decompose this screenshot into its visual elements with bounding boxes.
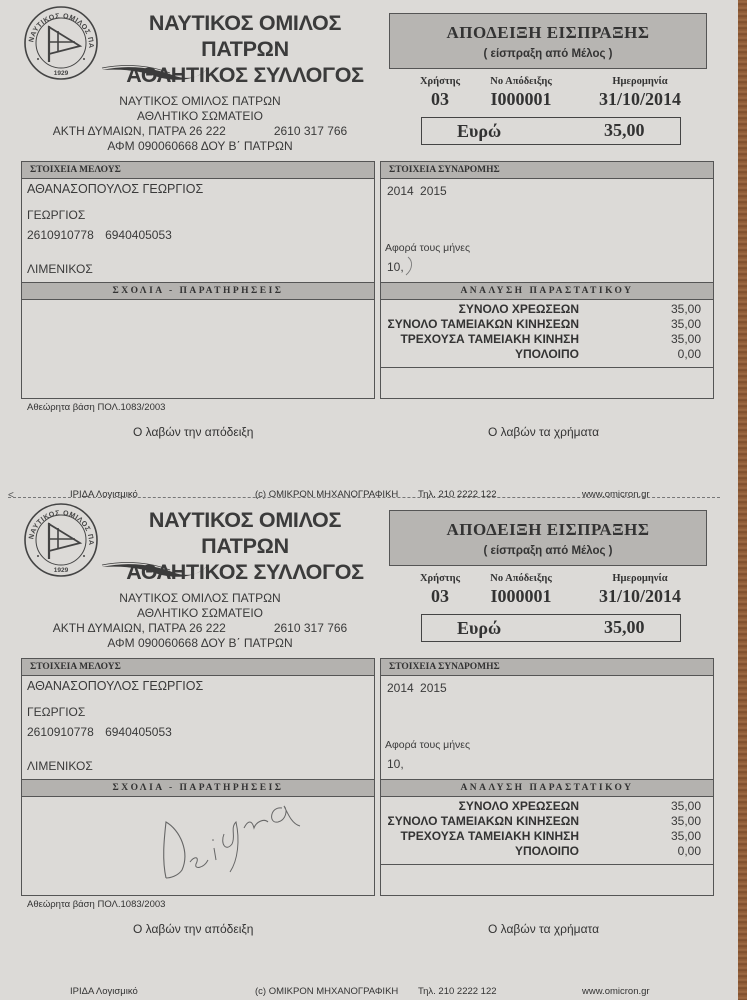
analysis-row-label: ΣΥΝΟΛΟ ΤΑΜΕΙΑΚΩΝ ΚΙΝΗΣΕΩΝ: [388, 814, 579, 828]
analysis-row-value: 0,00: [678, 844, 701, 858]
user-field: Χρήστης 03: [410, 573, 470, 607]
footer-phone: Τηλ. 210 2222 122: [418, 986, 497, 997]
member-heading: ΣΤΟΙΧΕΙΑ ΜΕΛΟΥΣ: [22, 162, 374, 179]
analysis-table: ΣΥΝΟΛΟ ΧΡΕΩΣΕΩΝ 35,00 ΣΥΝΟΛΟ ΤΑΜΕΙΑΚΩΝ Κ…: [381, 302, 713, 362]
date-field: Ημερομηνία 31/10/2014: [580, 573, 700, 607]
svg-text:1929: 1929: [54, 567, 69, 574]
club-address: ΝΑΥΤΙΚΟΣ ΟΜΙΛΟΣ ΠΑΤΡΩΝ ΑΘΛΗΤΙΚΟ ΣΩΜΑΤΕΙΟ…: [40, 591, 360, 651]
analysis-row-value: 35,00: [671, 302, 701, 316]
tax-line: ΑΦΜ 090060668 ΔΟΥ Β΄ ΠΑΤΡΩΝ: [40, 139, 360, 154]
address-line2: ΑΘΛΗΤΙΚΟ ΣΩΜΑΤΕΙΟ: [40, 109, 360, 124]
receipt-title-box: ΑΠΟΔΕΙΞΗ ΕΙΣΠΡΑΞΗΣ ( είσπραξη από Μέλος …: [389, 510, 707, 566]
analysis-row-value: 35,00: [671, 799, 701, 813]
address-line1: ΝΑΥΤΙΚΟΣ ΟΜΙΛΟΣ ΠΑΤΡΩΝ: [40, 94, 360, 109]
amount-value: 35,00: [604, 120, 645, 141]
analysis-row: ΤΡΕΧΟΥΣΑ ΤΑΜΕΙΑΚΗ ΚΙΝΗΣΗ 35,00: [381, 829, 713, 844]
receipt-number-value: Ι000001: [474, 586, 568, 607]
analysis-row: ΣΥΝΟΛΟ ΤΑΜΕΙΑΚΩΝ ΚΙΝΗΣΕΩΝ 35,00: [381, 317, 713, 332]
user-label: Χρήστης: [410, 573, 470, 584]
member-category: ΛΙΜΕΝΙΚΟΣ: [27, 262, 93, 276]
club-emblem-icon: ΝΑΥΤΙΚΟΣ ΟΜΙΛΟΣ ΠΑΤΡΩΝ 1929: [22, 501, 100, 579]
amount-value: 35,00: [604, 617, 645, 638]
user-field: Χρήστης 03: [410, 76, 470, 110]
cut-line: [8, 497, 720, 498]
footer-company: (c) ΟΜΙΚΡΟΝ ΜΗΧΑΝΟΓΡΑΦΙΚΗ: [255, 986, 398, 997]
user-value: 03: [410, 586, 470, 607]
handwritten-sample-icon: [160, 800, 310, 880]
member-heading: ΣΤΟΙΧΕΙΑ ΜΕΛΟΥΣ: [22, 659, 374, 676]
address-street: ΑΚΤΗ ΔΥΜΑΙΩΝ, ΠΑΤΡΑ 26 222: [53, 124, 226, 139]
comments-heading: ΣΧΟΛΙΑ - ΠΑΡΑΤΗΡΗΣΕΙΣ: [22, 780, 374, 797]
signature-cashier-label: Ο λαβών τα χρήματα: [488, 922, 599, 936]
analysis-row-value: 35,00: [671, 332, 701, 346]
comments-heading: ΣΧΟΛΙΑ - ΠΑΡΑΤΗΡΗΣΕΙΣ: [22, 283, 374, 300]
footer-software: ΙΡΙΔΑ Λογισμικό: [70, 986, 138, 997]
member-full-name: ΑΘΑΝΑΣΟΠΟΥΛΟΣ ΓΕΩΡΓΙΟΣ: [27, 182, 203, 196]
signature-receiver-label: Ο λαβών την απόδειξη: [133, 922, 253, 936]
receipt-subtitle: ( είσπραξη από Μέλος ): [390, 48, 706, 60]
user-value: 03: [410, 89, 470, 110]
subscription-panel: ΣΤΟΙΧΕΙΑ ΣΥΝΔΡΟΜΗΣ 2014 2015 Αφορά τους …: [380, 161, 714, 399]
analysis-row-label: ΣΥΝΟΛΟ ΧΡΕΩΣΕΩΝ: [459, 302, 579, 316]
subscription-years: 2014 2015: [387, 184, 447, 198]
analysis-table: ΣΥΝΟΛΟ ΧΡΕΩΣΕΩΝ 35,00 ΣΥΝΟΛΟ ΤΑΜΕΙΑΚΩΝ Κ…: [381, 799, 713, 859]
receipt-copy: ΝΑΥΤΙΚΟΣ ΟΜΙΛΟΣ ΠΑΤΡΩΝ 1929 ΝΑΥΤΙΚΟΣ ΟΜΙ…: [0, 0, 738, 500]
handwritten-mark-icon: [400, 255, 420, 277]
subscription-heading: ΣΤΟΙΧΕΙΑ ΣΥΝΔΡΟΜΗΣ: [381, 659, 713, 676]
months-label: Αφορά τους μήνες: [385, 739, 470, 751]
club-name-line1: ΝΑΥΤΙΚΟΣ ΟΜΙΛΟΣ ΠΑΤΡΩΝ: [105, 10, 385, 62]
receipt-number-label: Νο Απόδειξης: [474, 76, 568, 87]
amount-box: Ευρώ 35,00: [421, 117, 681, 145]
date-value: 31/10/2014: [580, 89, 700, 110]
tax-line: ΑΦΜ 090060668 ΔΟΥ Β΄ ΠΑΤΡΩΝ: [40, 636, 360, 651]
club-name-line1: ΝΑΥΤΙΚΟΣ ΟΜΙΛΟΣ ΠΑΤΡΩΝ: [105, 507, 385, 559]
receipt-title: ΑΠΟΔΕΙΞΗ ΕΙΣΠΡΑΞΗΣ: [390, 23, 706, 43]
member-first-name: ΓΕΩΡΓΙΟΣ: [27, 705, 85, 719]
member-full-name: ΑΘΑΝΑΣΟΠΟΥΛΟΣ ΓΕΩΡΓΙΟΣ: [27, 679, 203, 693]
user-label: Χρήστης: [410, 76, 470, 87]
receipt-copy: ΝΑΥΤΙΚΟΣ ΟΜΙΛΟΣ ΠΑΤΡΩΝ 1929 ΝΑΥΤΙΚΟΣ ΟΜΙ…: [0, 497, 738, 997]
date-field: Ημερομηνία 31/10/2014: [580, 76, 700, 110]
currency-label: Ευρώ: [457, 121, 501, 142]
analysis-heading: ΑΝΑΛΥΣΗ ΠΑΡΑΣΤΑΤΙΚΟΥ: [381, 283, 713, 300]
address-phone: 2610 317 766: [274, 621, 347, 636]
receipt-title: ΑΠΟΔΕΙΞΗ ΕΙΣΠΡΑΞΗΣ: [390, 520, 706, 540]
address-phone: 2610 317 766: [274, 124, 347, 139]
analysis-row-value: 35,00: [671, 317, 701, 331]
signature-receiver-label: Ο λαβών την απόδειξη: [133, 425, 253, 439]
subscription-panel: ΣΤΟΙΧΕΙΑ ΣΥΝΔΡΟΜΗΣ 2014 2015 Αφορά τους …: [380, 658, 714, 896]
club-address: ΝΑΥΤΙΚΟΣ ΟΜΙΛΟΣ ΠΑΤΡΩΝ ΑΘΛΗΤΙΚΟ ΣΩΜΑΤΕΙΟ…: [40, 94, 360, 154]
club-emblem-icon: ΝΑΥΤΙΚΟΣ ΟΜΙΛΟΣ ΠΑΤΡΩΝ 1929: [22, 4, 100, 82]
amount-box: Ευρώ 35,00: [421, 614, 681, 642]
analysis-row-label: ΤΡΕΧΟΥΣΑ ΤΑΜΕΙΑΚΗ ΚΙΝΗΣΗ: [400, 332, 579, 346]
analysis-row: ΥΠΟΛΟΙΠΟ 0,00: [381, 347, 713, 362]
analysis-row: ΥΠΟΛΟΙΠΟ 0,00: [381, 844, 713, 859]
receipt-subtitle: ( είσπραξη από Μέλος ): [390, 545, 706, 557]
address-street: ΑΚΤΗ ΔΥΜΑΙΩΝ, ΠΑΤΡΑ 26 222: [53, 621, 226, 636]
analysis-row: ΤΡΕΧΟΥΣΑ ΤΑΜΕΙΑΚΗ ΚΙΝΗΣΗ 35,00: [381, 332, 713, 347]
receipt-number-label: Νο Απόδειξης: [474, 573, 568, 584]
analysis-row-value: 35,00: [671, 829, 701, 843]
member-phones: 2610910778 6940405053: [27, 228, 172, 242]
wood-table-edge: [738, 0, 747, 1000]
analysis-row-label: ΥΠΟΛΟΙΠΟ: [515, 347, 579, 361]
member-category: ΛΙΜΕΝΙΚΟΣ: [27, 759, 93, 773]
svg-text:1929: 1929: [54, 70, 69, 77]
analysis-footer-space: [381, 864, 713, 865]
analysis-row: ΣΥΝΟΛΟ ΤΑΜΕΙΑΚΩΝ ΚΙΝΗΣΕΩΝ 35,00: [381, 814, 713, 829]
cut-arrow-icon: <: [8, 490, 14, 501]
member-first-name: ΓΕΩΡΓΙΟΣ: [27, 208, 85, 222]
analysis-row-label: ΤΡΕΧΟΥΣΑ ΤΑΜΕΙΑΚΗ ΚΙΝΗΣΗ: [400, 829, 579, 843]
member-phones: 2610910778 6940405053: [27, 725, 172, 739]
analysis-row-label: ΣΥΝΟΛΟ ΧΡΕΩΣΕΩΝ: [459, 799, 579, 813]
wave-decoration-icon: [100, 58, 210, 82]
analysis-heading: ΑΝΑΛΥΣΗ ΠΑΡΑΣΤΑΤΙΚΟΥ: [381, 780, 713, 797]
months-value: 10,: [387, 757, 404, 771]
member-panel: ΣΤΟΙΧΕΙΑ ΜΕΛΟΥΣ ΑΘΑΝΑΣΟΠΟΥΛΟΣ ΓΕΩΡΓΙΟΣ Γ…: [21, 161, 375, 399]
wave-decoration-icon: [100, 555, 210, 579]
address-line1: ΝΑΥΤΙΚΟΣ ΟΜΙΛΟΣ ΠΑΤΡΩΝ: [40, 591, 360, 606]
subscription-years: 2014 2015: [387, 681, 447, 695]
date-label: Ημερομηνία: [580, 76, 700, 87]
legal-note: Αθεώρητα βάση ΠΟΛ.1083/2003: [27, 402, 165, 413]
analysis-row-value: 0,00: [678, 347, 701, 361]
receipt-number-field: Νο Απόδειξης Ι000001: [474, 573, 568, 607]
analysis-row: ΣΥΝΟΛΟ ΧΡΕΩΣΕΩΝ 35,00: [381, 302, 713, 317]
analysis-row-label: ΥΠΟΛΟΙΠΟ: [515, 844, 579, 858]
date-value: 31/10/2014: [580, 586, 700, 607]
receipt-title-box: ΑΠΟΔΕΙΞΗ ΕΙΣΠΡΑΞΗΣ ( είσπραξη από Μέλος …: [389, 13, 707, 69]
address-line2: ΑΘΛΗΤΙΚΟ ΣΩΜΑΤΕΙΟ: [40, 606, 360, 621]
analysis-row-value: 35,00: [671, 814, 701, 828]
receipt-number-value: Ι000001: [474, 89, 568, 110]
months-label: Αφορά τους μήνες: [385, 242, 470, 254]
analysis-footer-space: [381, 367, 713, 368]
date-label: Ημερομηνία: [580, 573, 700, 584]
currency-label: Ευρώ: [457, 618, 501, 639]
legal-note: Αθεώρητα βάση ΠΟΛ.1083/2003: [27, 899, 165, 910]
signature-cashier-label: Ο λαβών τα χρήματα: [488, 425, 599, 439]
receipt-number-field: Νο Απόδειξης Ι000001: [474, 76, 568, 110]
subscription-heading: ΣΤΟΙΧΕΙΑ ΣΥΝΔΡΟΜΗΣ: [381, 162, 713, 179]
analysis-row: ΣΥΝΟΛΟ ΧΡΕΩΣΕΩΝ 35,00: [381, 799, 713, 814]
footer-website: www.omicron.gr: [582, 986, 650, 997]
analysis-row-label: ΣΥΝΟΛΟ ΤΑΜΕΙΑΚΩΝ ΚΙΝΗΣΕΩΝ: [388, 317, 579, 331]
